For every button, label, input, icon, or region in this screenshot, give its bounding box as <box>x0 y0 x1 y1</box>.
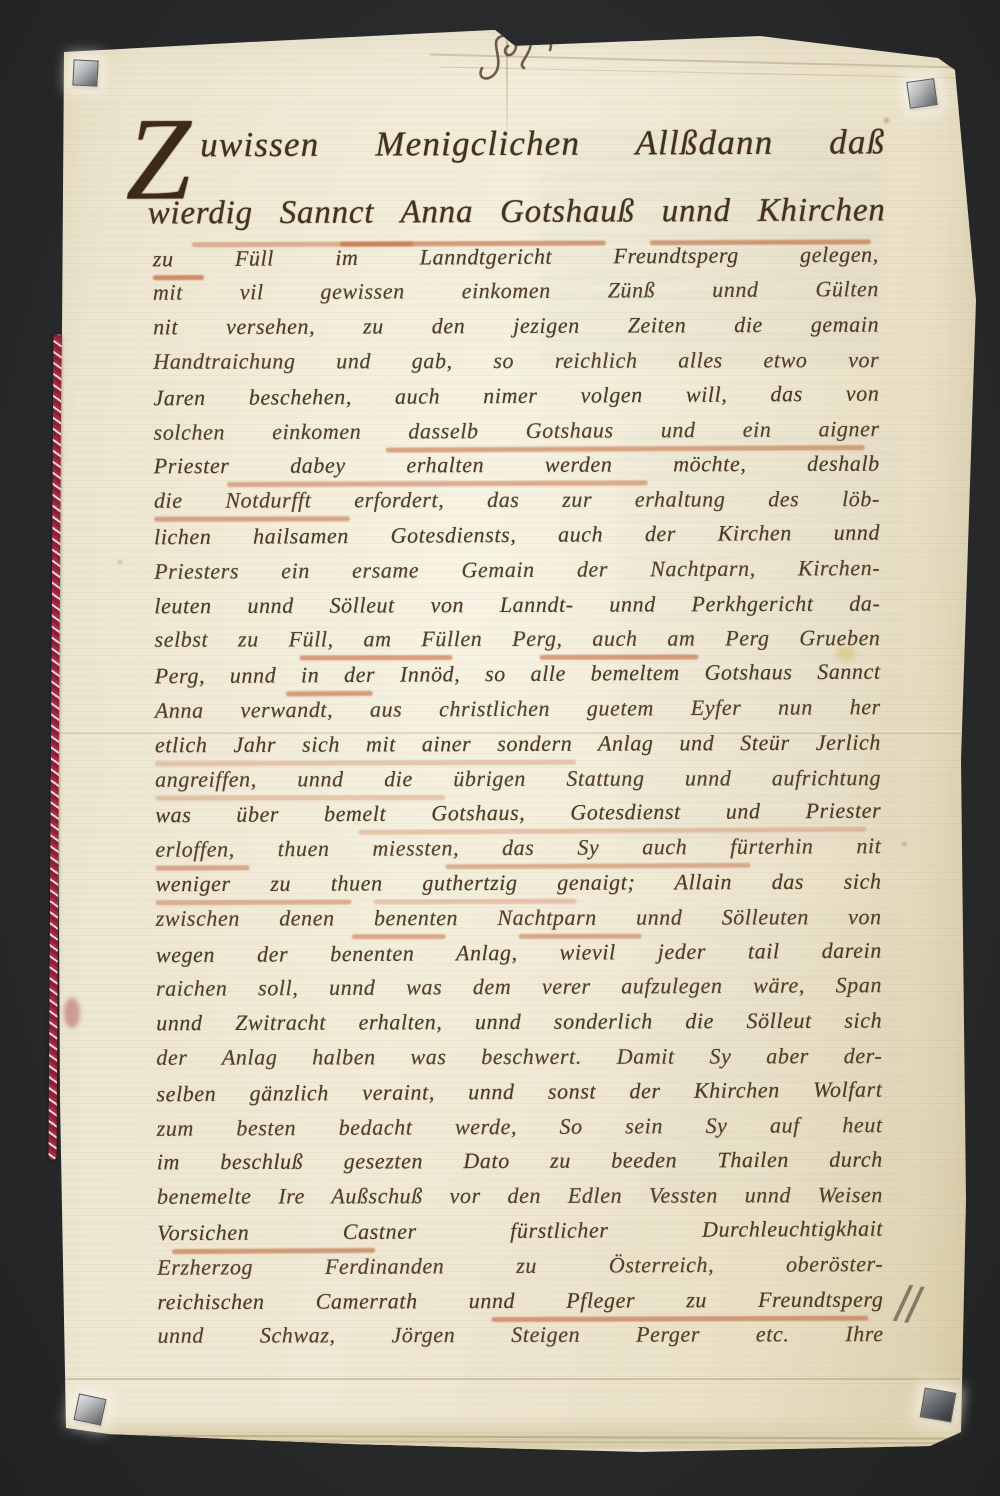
manuscript-page: Zuwissen Menigclichen Allßdann daßwierdi… <box>0 0 1000 1496</box>
manuscript-line: reichischen Camerrath unnd Pfleger zu Fr… <box>157 1283 883 1321</box>
line-text: angreiffen, unnd die übrigen Stattung un… <box>155 765 881 792</box>
line-text: nit versehen, zu den jezigen Zeiten die … <box>153 312 879 340</box>
manuscript-line: Vorsichen Castner fürstlicher Durchleuch… <box>157 1212 883 1252</box>
manuscript-line: zwischen denen benenten Nachtparn unnd S… <box>156 901 882 938</box>
metal-fastener-top-left <box>72 59 98 86</box>
manuscript-line: zum besten bedacht werde, So sein Sy auf… <box>157 1109 883 1148</box>
line-text: Vorsichen Castner fürstlicher Durchleuch… <box>157 1215 883 1245</box>
red-chalk-underline <box>650 239 871 245</box>
line-text: selbst zu Füll, am Füllen Perg, auch am … <box>155 625 881 652</box>
manuscript-line: leuten unnd Sölleut von Lanndt- unnd Per… <box>154 587 880 625</box>
manuscript-line: weniger zu thuen guthertzig genaigt; All… <box>156 865 882 903</box>
manuscript-body: zu Füll im Lanndtgericht Freundtsperg ge… <box>0 0 997 2</box>
manuscript-line: wegen der benenten Anlag, wievil jeder t… <box>156 934 882 974</box>
manuscript-line: etlich Jahr sich mit ainer sondern Anlag… <box>155 726 881 764</box>
line-text: weniger zu thuen guthertzig genaigt; All… <box>156 868 882 896</box>
line-text: zum besten bedacht werde, So sein Sy auf… <box>157 1112 883 1141</box>
closing-slash-mark: // <box>892 1274 922 1331</box>
manuscript-line: raichen soll, unnd was dem verer aufzule… <box>156 969 882 1008</box>
line-text: Jaren beschehen, auch nimer volgen will,… <box>153 380 879 410</box>
photographed-manuscript-scene: Zuwissen Menigclichen Allßdann daßwierdi… <box>0 0 1000 1496</box>
metal-fastener-bottom-right <box>920 1387 957 1422</box>
manuscript-line: Priesters ein ersame Gemain der Nachtpar… <box>154 552 880 591</box>
manuscript-line: lichen hailsamen Gotesdiensts, auch der … <box>154 516 880 556</box>
manuscript-line: erloffen, thuen miessten, das Sy auch fü… <box>155 830 881 869</box>
line-text: raichen soll, unnd was dem verer aufzule… <box>156 972 882 1001</box>
line-text: was über bemelt Gotshaus, Gotesdienst un… <box>155 798 881 828</box>
manuscript-line: Jaren beschehen, auch nimer volgen will,… <box>153 377 879 417</box>
line-text: Perg, unnd in der Innöd, so alle bemelte… <box>155 659 881 689</box>
line-text: Anna verwandt, aus christlichen guetem E… <box>155 694 881 723</box>
line-text: zwischen denen benenten Nachtparn unnd S… <box>156 904 882 931</box>
manuscript-line: selbst zu Füll, am Füllen Perg, auch am … <box>154 622 880 659</box>
line-text: die Notdurfft erfordert, das zur erhaltu… <box>154 486 880 513</box>
line-text: der Anlag halben was beschwert. Damit Sy… <box>156 1043 882 1070</box>
manuscript-line: Handtraichung und gab, so reichlich alle… <box>153 344 879 381</box>
line-text: unnd Zwitracht erhalten, unnd sonderlich… <box>156 1008 882 1036</box>
line-text: Handtraichung und gab, so reichlich alle… <box>153 347 879 374</box>
line-text: selben gänzlich veraint, unnd sonst der … <box>156 1076 882 1106</box>
line-text: unnd Schwaz, Jörgen Steigen Perger etc. … <box>158 1321 884 1348</box>
manuscript-text: Zuwissen Menigclichen Allßdann daßwierdi… <box>0 0 1000 1496</box>
line-text: etlich Jahr sich mit ainer sondern Anlag… <box>155 729 881 757</box>
line-text: Priester dabey erhalten werden möchte, d… <box>154 451 880 479</box>
metal-fastener-top-right <box>906 78 937 109</box>
line-text: wegen der benenten Anlag, wievil jeder t… <box>156 937 882 967</box>
metal-fastener-bottom-left <box>73 1393 106 1425</box>
manuscript-line: mit vil gewissen einkomen Zünß unnd Gült… <box>153 273 879 312</box>
manuscript-line: Perg, unnd in der Innöd, so alle bemelte… <box>155 656 881 696</box>
manuscript-line: Priester dabey erhalten werden möchte, d… <box>154 448 880 486</box>
manuscript-line: die Notdurfft erfordert, das zur erhaltu… <box>154 483 880 520</box>
line-text: im beschluß gesezten Dato zu beeden Thai… <box>157 1147 883 1175</box>
manuscript-line: angreiffen, unnd die übrigen Stattung un… <box>155 762 881 799</box>
manuscript-line: benemelte Ire Außschuß vor den Edlen Ves… <box>157 1179 883 1216</box>
red-chalk-underline <box>192 241 413 247</box>
manuscript-line: Anna verwandt, aus christlichen guetem E… <box>155 691 881 730</box>
line-text: mit vil gewissen einkomen Zünß unnd Gült… <box>153 276 879 305</box>
line-text: leuten unnd Sölleut von Lanndt- unnd Per… <box>154 590 880 618</box>
line-text: solchen einkomen dasselb Gotshaus und ei… <box>154 416 880 445</box>
manuscript-line: im beschluß gesezten Dato zu beeden Thai… <box>157 1144 883 1182</box>
heading-text: uwissen Menigclichen Allßdann daß <box>200 122 885 164</box>
line-text: erloffen, thuen miessten, das Sy auch fü… <box>155 833 881 862</box>
line-text: lichen hailsamen Gotesdiensts, auch der … <box>154 519 880 549</box>
manuscript-headings: Zuwissen Menigclichen Allßdann daßwierdi… <box>0 0 997 2</box>
manuscript-line: Erzherzog Ferdinanden zu Österreich, obe… <box>157 1248 883 1287</box>
manuscript-line: selben gänzlich veraint, unnd sonst der … <box>156 1073 882 1113</box>
manuscript-heading-line: wierdig Sannct Anna Gotshauß unnd Khirch… <box>148 194 886 245</box>
manuscript-line: unnd Schwaz, Jörgen Steigen Perger etc. … <box>158 1318 884 1355</box>
line-text: benemelte Ire Außschuß vor den Edlen Ves… <box>157 1182 883 1209</box>
manuscript-line: solchen einkomen dasselb Gotshaus und ei… <box>154 413 880 452</box>
line-text: Erzherzog Ferdinanden zu Österreich, obe… <box>157 1251 883 1280</box>
manuscript-line: der Anlag halben was beschwert. Damit Sy… <box>156 1040 882 1077</box>
manuscript-line: nit versehen, zu den jezigen Zeiten die … <box>153 309 879 347</box>
line-text: Priesters ein ersame Gemain der Nachtpar… <box>154 555 880 584</box>
manuscript-line: was über bemelt Gotshaus, Gotesdienst un… <box>155 795 881 835</box>
manuscript-line: unnd Zwitracht erhalten, unnd sonderlich… <box>156 1005 882 1043</box>
heading-text: wierdig Sannct Anna Gotshauß unnd Khirch… <box>148 192 886 231</box>
line-text: reichischen Camerrath unnd Pfleger zu Fr… <box>157 1286 883 1314</box>
